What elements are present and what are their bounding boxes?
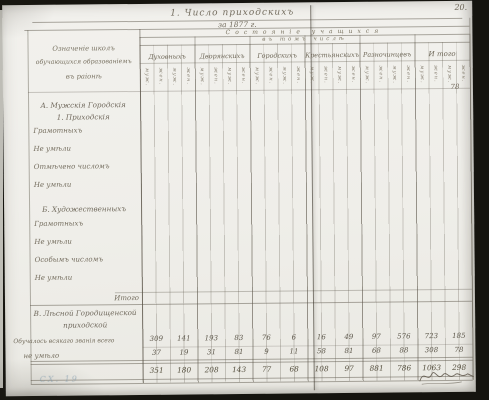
page-title: 1. Число приходскихъ [152, 7, 312, 19]
column-group-label-total: И того [415, 50, 470, 62]
ledger-page: 1. Число приходскихъ за 1877 г. 20. Озна… [2, 1, 476, 396]
section-b-heading: Б. Художественныхъ [28, 204, 140, 214]
row-label: Не умѣли [34, 181, 72, 189]
section-g-heading1: В. Лѣсной Городищенской [29, 308, 141, 318]
row-label: не умѣло [23, 352, 59, 360]
subtotal-label: Итого [93, 294, 139, 302]
subcolumn-label: муж. [226, 67, 232, 85]
subcolumn-label: жен. [295, 66, 301, 84]
table-cell-value: 185 [446, 332, 472, 340]
subcolumn-label: муж. [364, 66, 370, 84]
subcolumn-label: муж. [419, 65, 425, 83]
row-label: Отмѣчено числомъ [34, 162, 110, 171]
column-group-label: Дворянскихъ [195, 52, 250, 64]
scanned-ledger-photo: 1. Число приходскихъ за 1877 г. 20. Озна… [0, 0, 489, 400]
subcolumn-label: муж. [199, 67, 205, 85]
table-cell-value: 78 [446, 346, 472, 354]
section-g-heading2: приходской [29, 320, 141, 330]
table-cell-value: 58 [308, 347, 334, 355]
table-cell-value: 31 [198, 348, 224, 356]
subcolumn-label: жен. [350, 66, 356, 84]
left-header-line2: обучающихся образованіемъ [29, 58, 139, 66]
archival-mark: СХ. 19 [40, 375, 79, 384]
row-label: Не умѣли [35, 274, 73, 282]
section-a-heading2: 1. Приходскія [27, 112, 139, 122]
subcolumn-label: жен. [267, 67, 273, 85]
subcolumn-labels: муж.жен.муж.жен.муж.жен.муж.жен.муж.жен.… [140, 63, 470, 91]
table-cell-value: 81 [226, 348, 252, 356]
subcolumn-label: муж. [309, 66, 315, 84]
subcolumn-label: муж. [254, 67, 260, 85]
subcolumn-label: муж. [336, 66, 342, 84]
table-cell-value: 11 [281, 347, 307, 355]
row-label: Особымъ числомъ [35, 255, 104, 264]
table-cell-value: 208 [199, 365, 225, 374]
subcolumn-label: жен. [460, 65, 466, 83]
table-cell-value: 37 [143, 349, 169, 357]
table-cell-value: 786 [391, 363, 417, 372]
table-cell-value: 68 [281, 364, 307, 373]
table-cell-value: 9 [253, 348, 279, 356]
table-cell-value: 76 [253, 334, 279, 342]
subcolumn-label: жен. [157, 68, 163, 86]
column-group-label: Разночинцевъ [360, 50, 415, 62]
table-cell-value: 49 [336, 333, 362, 341]
row-label: Грамотныхъ [34, 219, 83, 227]
table-cell-value: 193 [198, 334, 224, 342]
table-cell-value: 180 [171, 365, 197, 374]
table-cell-value: 19 [171, 348, 197, 356]
stray-cell-value: 78 [443, 83, 467, 91]
subcolumn-label: жен. [432, 65, 438, 83]
subcolumn-label: муж. [144, 68, 150, 86]
table-cell-value: 97 [336, 364, 362, 373]
table-cell-value: 108 [309, 364, 335, 373]
column-group-label: Духовныхъ [140, 52, 195, 64]
table-cell-value: 77 [254, 365, 280, 374]
row-label: Не умѣли [33, 145, 71, 153]
table-cell-value: 143 [226, 365, 252, 374]
table-cell-value: 309 [143, 335, 169, 343]
subcolumn-label: муж. [391, 65, 397, 83]
table-cell-value: 97 [363, 333, 389, 341]
subcolumn-label: жен. [240, 67, 246, 85]
subcolumn-label: муж. [281, 67, 287, 85]
signature-scribble [418, 365, 476, 388]
table-cell-value: 16 [308, 333, 334, 341]
table-cell-value: 723 [418, 332, 444, 340]
page-number: 20. [445, 3, 467, 12]
subcolumn-label: жен. [212, 67, 218, 85]
left-header-line1: Означеніе школъ [29, 44, 139, 53]
subcolumn-label: муж. [171, 68, 177, 86]
table-cell-value: 141 [171, 334, 197, 342]
subcolumn-label: жен. [322, 66, 328, 84]
section-a-heading1: А. Мужскія Городскія [27, 100, 139, 110]
table-cell-value: 88 [391, 346, 417, 354]
table-cell-value: 68 [363, 347, 389, 355]
left-header-line3: въ раіонѣ [29, 72, 139, 81]
subcolumn-label: жен. [377, 66, 383, 84]
row-label: Грамотныхъ [33, 127, 82, 135]
subcolumn-label: жен. [405, 65, 411, 83]
table-cell-value: 81 [336, 347, 362, 355]
table-cell-value: 351 [144, 366, 170, 375]
table-cell-value: 576 [391, 332, 417, 340]
column-group-label: Крестьянскихъ [305, 51, 360, 63]
table-cell-value: 6 [281, 333, 307, 341]
subcolumn-label: жен. [185, 67, 191, 85]
column-group-label: Городскихъ [250, 51, 305, 63]
table-cell-value: 308 [418, 346, 444, 354]
row-label: Не умѣли [34, 238, 72, 246]
table-cell-value: 83 [226, 334, 252, 342]
table-cell-value: 881 [364, 364, 390, 373]
row-label: Обучалось всякаго званія всего [13, 337, 141, 345]
subcolumn-label: муж. [446, 65, 452, 83]
